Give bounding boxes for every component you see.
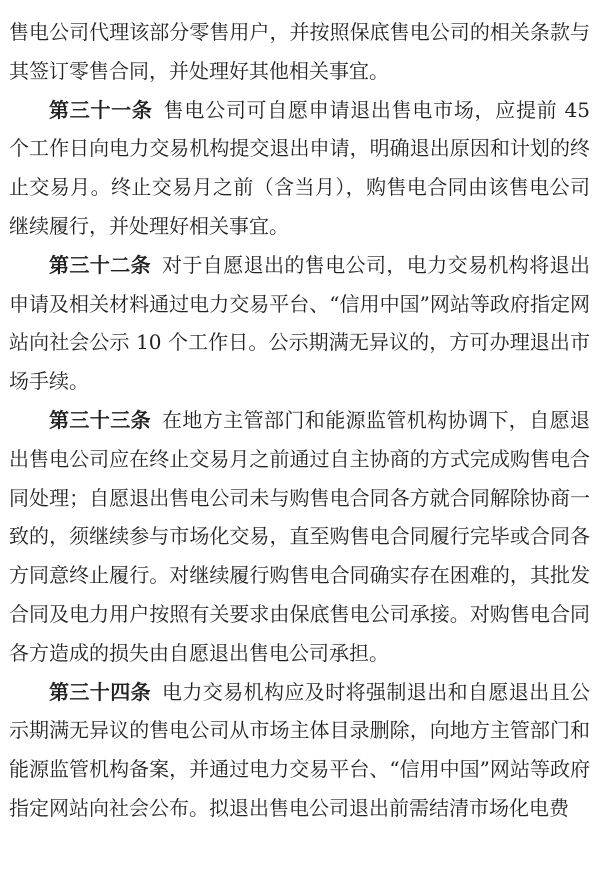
article-number-heading: 第三十三条 [49,408,151,432]
article-number-heading: 第三十一条 [49,98,153,122]
document-body: 售电公司代理该部分零售用户，并按照保底售电公司的相关条款与其签订零售合同，并处理… [9,13,590,828]
document-page: 售电公司代理该部分零售用户，并按照保底售电公司的相关条款与其签订零售合同，并处理… [0,0,600,886]
article-paragraph: 售电公司代理该部分零售用户，并按照保底售电公司的相关条款与其签订零售合同，并处理… [9,13,590,91]
paragraph-text: 在地方主管部门和能源监管机构协调下，自愿退出售电公司应在终止交易月之前通过自主协… [9,408,590,665]
article-paragraph: 第三十二条对于自愿退出的售电公司，电力交易机构将退出申请及相关材料通过电力交易平… [9,246,590,401]
article-paragraph: 第三十四条电力交易机构应及时将强制退出和自愿退出且公示期满无异议的售电公司从市场… [9,673,590,828]
paragraph-text: 售电公司代理该部分零售用户，并按照保底售电公司的相关条款与其签订零售合同，并处理… [9,20,590,83]
article-paragraph: 第三十一条售电公司可自愿申请退出售电市场，应提前 45 个工作日向电力交易机构提… [9,91,590,246]
article-number-heading: 第三十二条 [49,253,151,277]
article-number-heading: 第三十四条 [49,680,151,704]
article-paragraph: 第三十三条在地方主管部门和能源监管机构协调下，自愿退出售电公司应在终止交易月之前… [9,401,590,673]
